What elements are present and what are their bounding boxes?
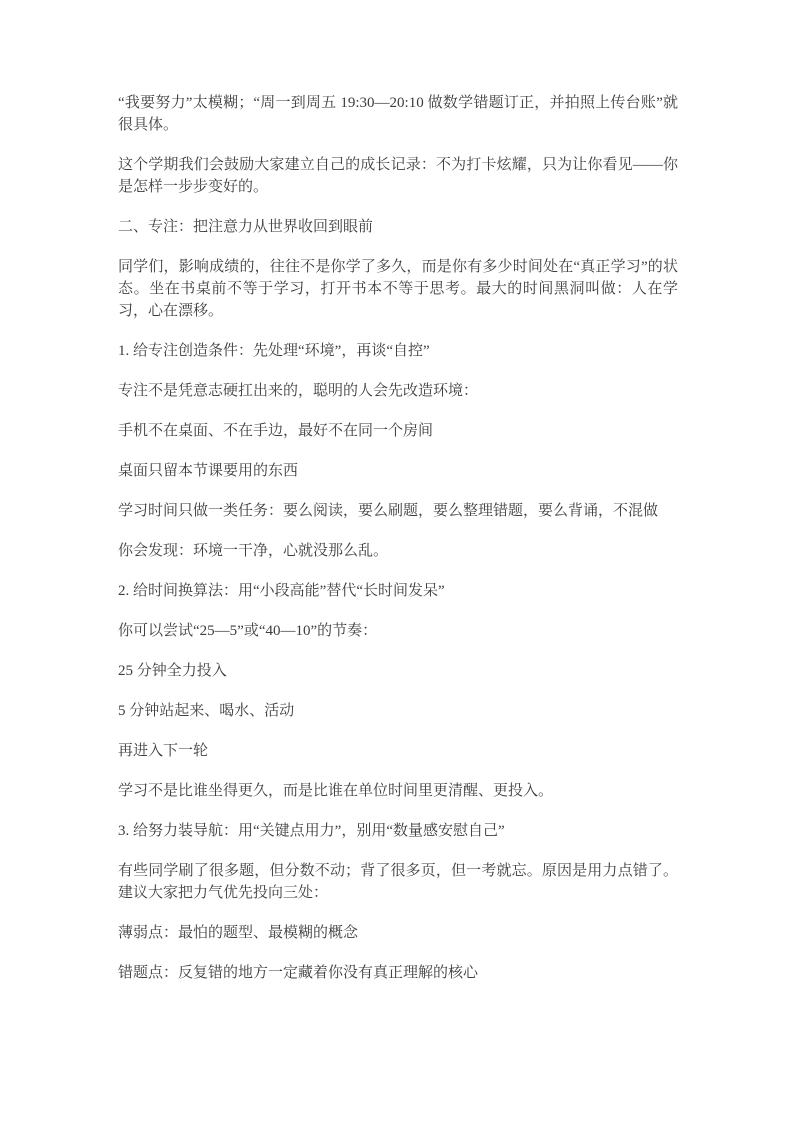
document-page: “我要努力”太模糊；“周一到周五 19:30—20:10 做数学错题订正，并拍照… <box>0 0 793 1122</box>
subheading-point-2-time-rhythm: 2. 给时间换算法：用“小段高能”替代“长时间发呆” <box>118 580 678 602</box>
paragraph-goal-example: “我要努力”太模糊；“周一到周五 19:30—20:10 做数学错题订正，并拍照… <box>118 92 678 136</box>
paragraph-focus-intro: 同学们，影响成绩的，往往不是你学了多久，而是你有多少时间处在“真正学习”的状态。… <box>118 256 678 322</box>
subheading-point-1-environment: 1. 给专注创造条件：先处理“环境”，再谈“自控” <box>118 340 678 362</box>
paragraph-focus-conclusion: 学习不是比谁坐得更久，而是比谁在单位时间里更清醒、更投入。 <box>118 780 678 802</box>
paragraph-growth-record: 这个学期我们会鼓励大家建立自己的成长记录：不为打卡炫耀，只为让你看见——你是怎样… <box>118 154 678 198</box>
list-item-phone-away: 手机不在桌面、不在手边，最好不在同一个房间 <box>118 420 678 442</box>
list-item-weak-points: 薄弱点：最怕的题型、最模糊的概念 <box>118 922 678 944</box>
subheading-point-3-key-effort: 3. 给努力装导航：用“关键点用力”，别用“数量感安慰自己” <box>118 820 678 842</box>
list-item-5-minutes-break: 5 分钟站起来、喝水、活动 <box>118 700 678 722</box>
list-item-25-minutes-focus: 25 分钟全力投入 <box>118 660 678 682</box>
paragraph-rhythm-options: 你可以尝试“25—5”或“40—10”的节奏： <box>118 620 678 642</box>
paragraph-environment-intro: 专注不是凭意志硬扛出来的，聪明的人会先改造环境： <box>118 380 678 402</box>
heading-section-focus: 二、专注：把注意力从世界收回到眼前 <box>118 216 678 238</box>
list-item-error-points: 错题点：反复错的地方一定藏着你没有真正理解的核心 <box>118 962 678 984</box>
paragraph-environment-result: 你会发现：环境一干净，心就没那么乱。 <box>118 540 678 562</box>
paragraph-effort-misplaced: 有些同学刷了很多题，但分数不动；背了很多页，但一考就忘。原因是用力点错了。建议大… <box>118 860 678 904</box>
list-item-next-round: 再进入下一轮 <box>118 740 678 762</box>
list-item-clean-desk: 桌面只留本节课要用的东西 <box>118 460 678 482</box>
list-item-single-task: 学习时间只做一类任务：要么阅读，要么刷题，要么整理错题，要么背诵，不混做 <box>118 500 678 522</box>
